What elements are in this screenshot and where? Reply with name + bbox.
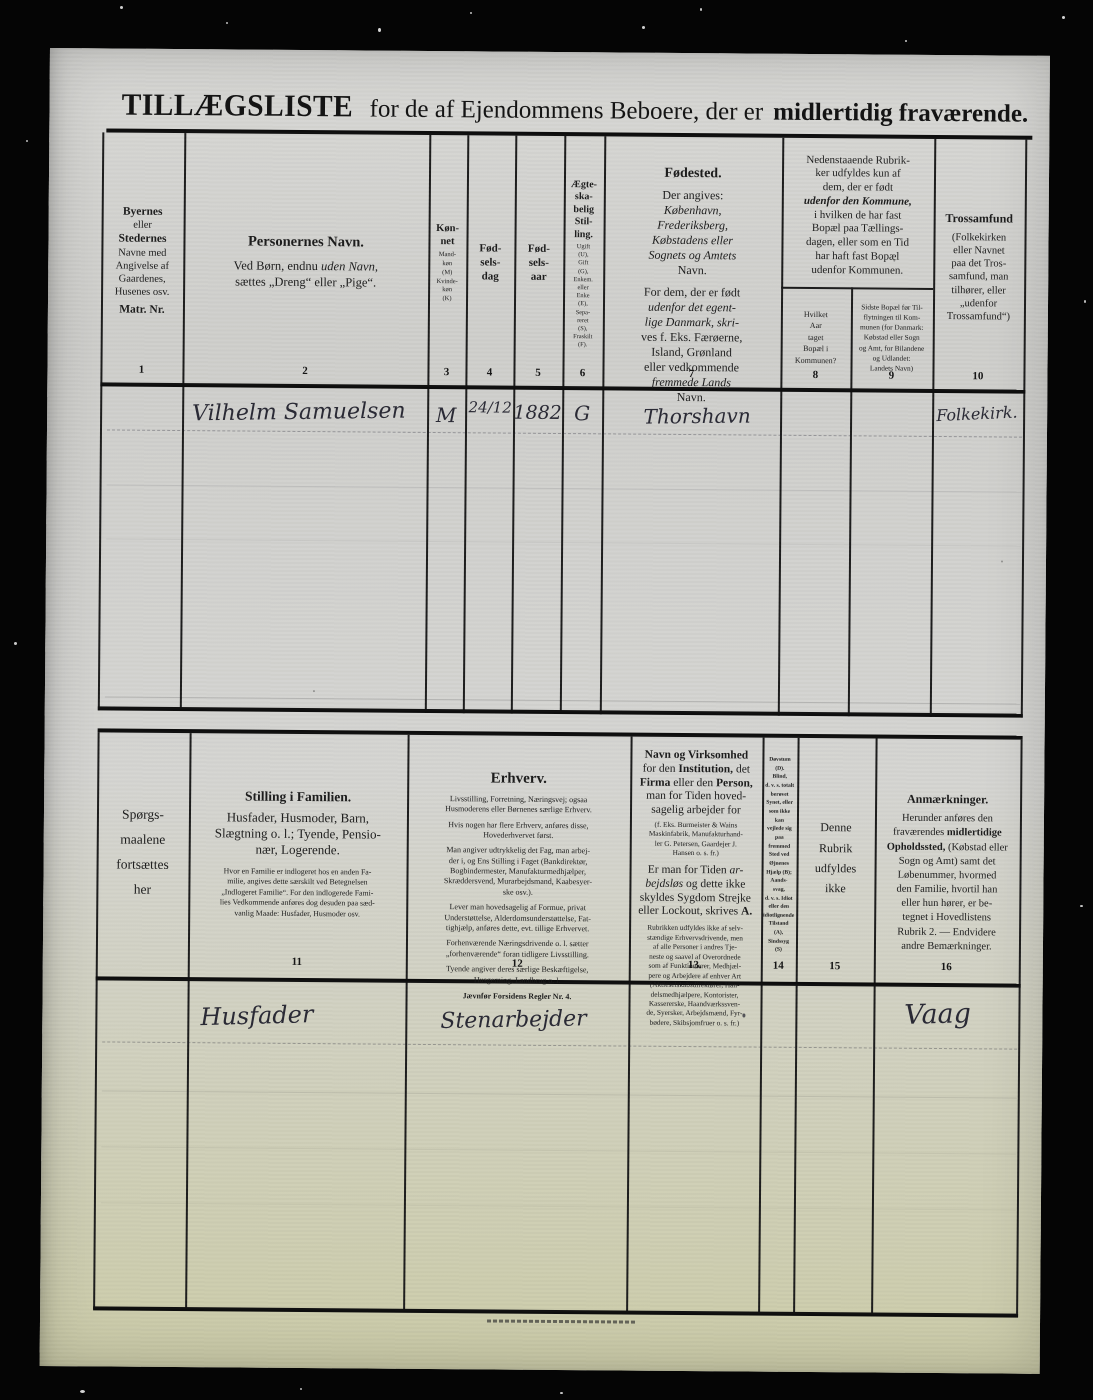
t1-ruled-line — [107, 484, 1022, 492]
dust-speck — [1080, 905, 1083, 907]
t1-c6-small: Ugift (U), Gift (G), Enkem. eller Enke (… — [573, 243, 593, 349]
scanned-census-page: TILLÆGSLISTE for de af Ejendommens Beboe… — [0, 0, 1093, 1400]
t1-c89-lines2: i hvilken de har fast Bopæl paa Tællings… — [806, 209, 910, 279]
dust-speck — [14, 642, 17, 645]
t2-header-family-position: Stilling i Familien. Husfader, Husmoder,… — [190, 733, 406, 975]
form-title-mid: for de af Ejendommens Beboere, der er — [369, 96, 763, 127]
t2-col-number: 13. — [629, 959, 761, 972]
entry-marital-status: G — [562, 401, 602, 425]
form-title: TILLÆGSLISTE for de af Ejendommens Beboe… — [109, 86, 1034, 129]
t1-header-sex: Køn- net Mand- køn (M) Kvinde- køn (K) — [429, 141, 465, 385]
t2-c13-line: eller Lockout, skrives A. — [638, 905, 752, 920]
t1-c3-small: Mand- køn (M) Kvinde- køn (K) — [436, 251, 458, 304]
t1-c7-title: Fødested. — [664, 165, 721, 183]
t1-c9-lines: Sidste Bopæl før Til- flytningen til Kom… — [859, 302, 925, 374]
t1-c1-bold3: Matr. Nr. — [119, 303, 165, 318]
t1-entry-baseline — [107, 429, 1022, 437]
t2-header-employer: Navn og Virksomhed for den Institution, … — [631, 737, 761, 990]
t2-header-disabilities: Døvstum (D). Blind, d. v. s. totalt berø… — [763, 738, 796, 996]
t1-c7-p1-line: Købstadens eller — [652, 232, 733, 248]
t2-c11-title: Stilling i Familien. — [245, 788, 351, 806]
t2-header-unused: Denne Rubrik udfyldes ikke — [798, 738, 874, 979]
t2-c12-paragraph: Man angiver udtrykkelig det Fag, man arb… — [444, 845, 593, 898]
t2-c12-title: Erhverv. — [491, 769, 547, 788]
t2-continuation-label: Spørgs- maalene fortsættes her — [98, 732, 188, 973]
t2-ruled-line — [101, 1202, 1016, 1210]
dust-speck — [470, 12, 472, 14]
t1-c1-bold2: Stedernes — [118, 232, 166, 247]
t2-c13-line: Firma eller den Person, — [640, 776, 753, 791]
t2-c16-rest: Sogn og Amt) samt det Løbenummer, hvorme… — [896, 854, 998, 954]
form-title-tail: midlertidig fraværende. — [773, 99, 1028, 129]
t2-c13-line: Navn og Virksomhed — [645, 749, 749, 764]
t1-header-faith: Trossamfund (Folkekirken eller Navnet pa… — [934, 145, 1023, 390]
t1-col-number: 1 — [100, 363, 182, 376]
t1-col-number: 4 — [465, 366, 513, 378]
t1-header-moved-group: Nedenstaaende Rubrik- ker udfyldes kun a… — [783, 144, 932, 288]
t2-c12-paragraph: Hvis nogen har flere Erhverv, anføres di… — [448, 820, 588, 842]
t1-col-number: 9 — [850, 369, 932, 382]
t2-col-number: 14 — [761, 960, 796, 972]
t1-header-birthyear: Fød- sels- aar — [515, 142, 562, 386]
t1-c7-p1-line: Frederiksberg, — [657, 217, 728, 233]
t1-c7-p2-line: lige Danmark, skri- — [645, 314, 739, 330]
t1-header-marital: Ægte- ska- belig Stil- ling. Ugift (U), … — [564, 142, 602, 386]
t1-c2-l2a: Ved Børn, endnu — [234, 259, 318, 274]
entry-birthyear: 1882 — [513, 402, 562, 424]
t2-c13-line: Er man for Tiden ar- — [648, 864, 744, 879]
entry-sex: M — [427, 403, 465, 427]
ink-dot — [742, 1013, 745, 1017]
entry-birthday: 24/12 — [467, 398, 513, 416]
t1-c7-p2-line: ves f. Eks. Færøerne, — [641, 329, 742, 345]
t1-c7-p1-line: København, — [664, 202, 722, 217]
t1-ruled-line — [106, 538, 1021, 546]
t1-col-number: 5 — [513, 367, 562, 379]
t1-col-number: 2 — [182, 364, 427, 378]
t2-label-lines: Spørgs- maalene fortsættes her — [116, 803, 169, 903]
t2-c12-paragraph: Lever man hovedsagelig af Formue, privat… — [444, 902, 591, 934]
dust-speck — [26, 140, 28, 142]
t2-header-remarks: Anmærkninger. Herunder anføres den fravæ… — [875, 739, 1018, 1032]
t1-c7-p2-line: For dem, der er født — [644, 284, 740, 300]
t1-c7-p1-line: Sognets og Amtets — [648, 247, 736, 263]
entry-name: Vilhelm Samuelsen — [192, 399, 406, 427]
t2-entry-baseline — [102, 1041, 1017, 1049]
t1-c7-p2-line: udenfor det egent- — [648, 299, 736, 315]
dust-speck — [1084, 300, 1086, 303]
t2-c13-smallprint: Rubrikken udfyldes ikke af selv- stændig… — [646, 923, 743, 1028]
t1-c10-title: Trossamfund — [945, 211, 1013, 227]
t2-col-number: 12 — [406, 957, 629, 971]
t1-c1-lines: Navne med Angivelse af Gaardenes, Husene… — [115, 246, 170, 299]
entry-faith: Folkekirk. — [936, 402, 1018, 425]
t1-bottom-rule — [98, 706, 1023, 717]
t2-ruled-line — [101, 1146, 1016, 1154]
paper: TILLÆGSLISTE for de af Ejendommens Beboe… — [40, 48, 1050, 1374]
t1-c2-title: Personernes Navn. — [248, 233, 364, 252]
t2-c16-title: Anmærkninger. — [907, 791, 988, 808]
t1-col-number: 6 — [562, 367, 602, 379]
dust-speck — [226, 22, 228, 24]
dust-speck — [642, 26, 645, 29]
paper-speck — [313, 690, 315, 692]
t1-header-birthday: Fød- sels- dag — [467, 141, 513, 385]
t1-header-place: Byernes eller Stedernes Navne med Angive… — [102, 138, 182, 383]
t2-c12-footnote: Jævnfør Forsidens Regler Nr. 4. — [463, 991, 572, 1002]
t1-c7-p2-line: Navn. — [677, 389, 706, 404]
t2-bottom-rule — [93, 1306, 1018, 1317]
t2-c13-examples: (f. Eks. Burmeister & Wains Maskinfabrik… — [649, 820, 743, 859]
entry-occupation: Stenarbejder — [440, 1006, 587, 1034]
t1-c1-bold1: Byernes — [123, 204, 163, 219]
t1-c10-lines: (Folkekirken eller Navnet paa det Tros- … — [947, 231, 1011, 323]
t2-c16-line: Opholdssted, (Købstad eller — [887, 840, 1008, 855]
t1-c2-line2: Ved Børn, endnu uden Navn, — [234, 259, 379, 276]
t1-c2-l2b: uden Navn, — [321, 260, 378, 274]
dust-speck — [300, 1388, 302, 1390]
t1-c2-line3: sættes „Dreng“ eller „Pige“. — [235, 275, 376, 292]
t2-ruled-line — [102, 1090, 1017, 1098]
t1-c89-italic-line: udenfor den Kommune, — [804, 195, 912, 210]
t1-c1-line: eller — [133, 219, 152, 232]
t2-c13-line: sagelig arbejder for — [651, 804, 741, 818]
dust-speck — [1062, 16, 1065, 19]
t1-c5-title: Fød- sels- aar — [528, 243, 550, 284]
t2-col-number: 11 — [188, 955, 406, 969]
t2-c13-line: bejdsløs og dette ikke — [645, 877, 745, 892]
dust-speck — [80, 1390, 85, 1393]
t2-c15-lines: Denne Rubrik udfyldes ikke — [815, 817, 857, 899]
t1-c89-lines1: Nedenstaaende Rubrik- ker udfyldes kun a… — [806, 154, 910, 196]
printer-imprint — [487, 1319, 637, 1323]
t1-c7-p1-line: Der angives: — [662, 187, 723, 202]
paper-speck — [1001, 560, 1003, 562]
t1-c6-title: Ægte- ska- belig Stil- ling. — [570, 179, 597, 242]
t1-col-number: 10 — [932, 370, 1023, 383]
t2-c13-line: man for Tiden hoved- — [646, 790, 746, 805]
title-rule — [106, 128, 1032, 139]
t1-col-number: 3 — [427, 366, 465, 378]
t1-c3-title: Køn- net — [436, 222, 459, 248]
dust-speck — [560, 1392, 563, 1394]
t2-c16-line: Herunder anføres den — [902, 812, 993, 827]
dust-speck — [378, 28, 381, 32]
t2-c16-line: fraværendes midlertidige — [893, 826, 1002, 841]
t2-c13-line: skyldes Sygdom Strejke — [640, 891, 751, 906]
form-title-lead: TILLÆGSLISTE — [122, 87, 354, 125]
dust-speck — [905, 40, 907, 42]
t1-c8-lines: Hvilket Aar taget Bopæl i Kommunen? — [795, 308, 837, 366]
t2-c14-lines: Døvstum (D). Blind, d. v. s. totalt berø… — [763, 756, 796, 955]
entry-remark-place: Vaag — [904, 998, 971, 1031]
t2-c11-small: Hvor en Familie er indlogeret hos en and… — [220, 866, 375, 920]
t2-col-number: 15 — [796, 960, 874, 973]
t2-c13-line: for den Institution, det — [643, 762, 750, 777]
entry-birthplace: Thorshavn — [622, 403, 772, 428]
t1-ruled-line — [105, 696, 1020, 704]
t1-c4-title: Fød- sels- dag — [479, 243, 501, 284]
t1-header-name: Personernes Navn. Ved Børn, endnu uden N… — [184, 139, 427, 385]
t1-c7-p2-line: Island, Grønland — [651, 344, 732, 360]
entry-family-position: Husfader — [200, 1000, 314, 1031]
dust-speck — [120, 6, 123, 9]
t2-col-number: 16 — [874, 960, 1019, 973]
t1-col-number: 8 — [780, 369, 850, 382]
t2-c11-main: Husfader, Husmoder, Barn, Slægtning o. l… — [215, 809, 381, 859]
t1-col-number: 7 — [602, 367, 780, 380]
t2-c12-paragraph: Livsstilling, Forretning, Næringsvej; og… — [445, 794, 592, 816]
t1-c7-p1-line: Navn. — [678, 262, 707, 277]
dust-speck — [700, 8, 702, 11]
